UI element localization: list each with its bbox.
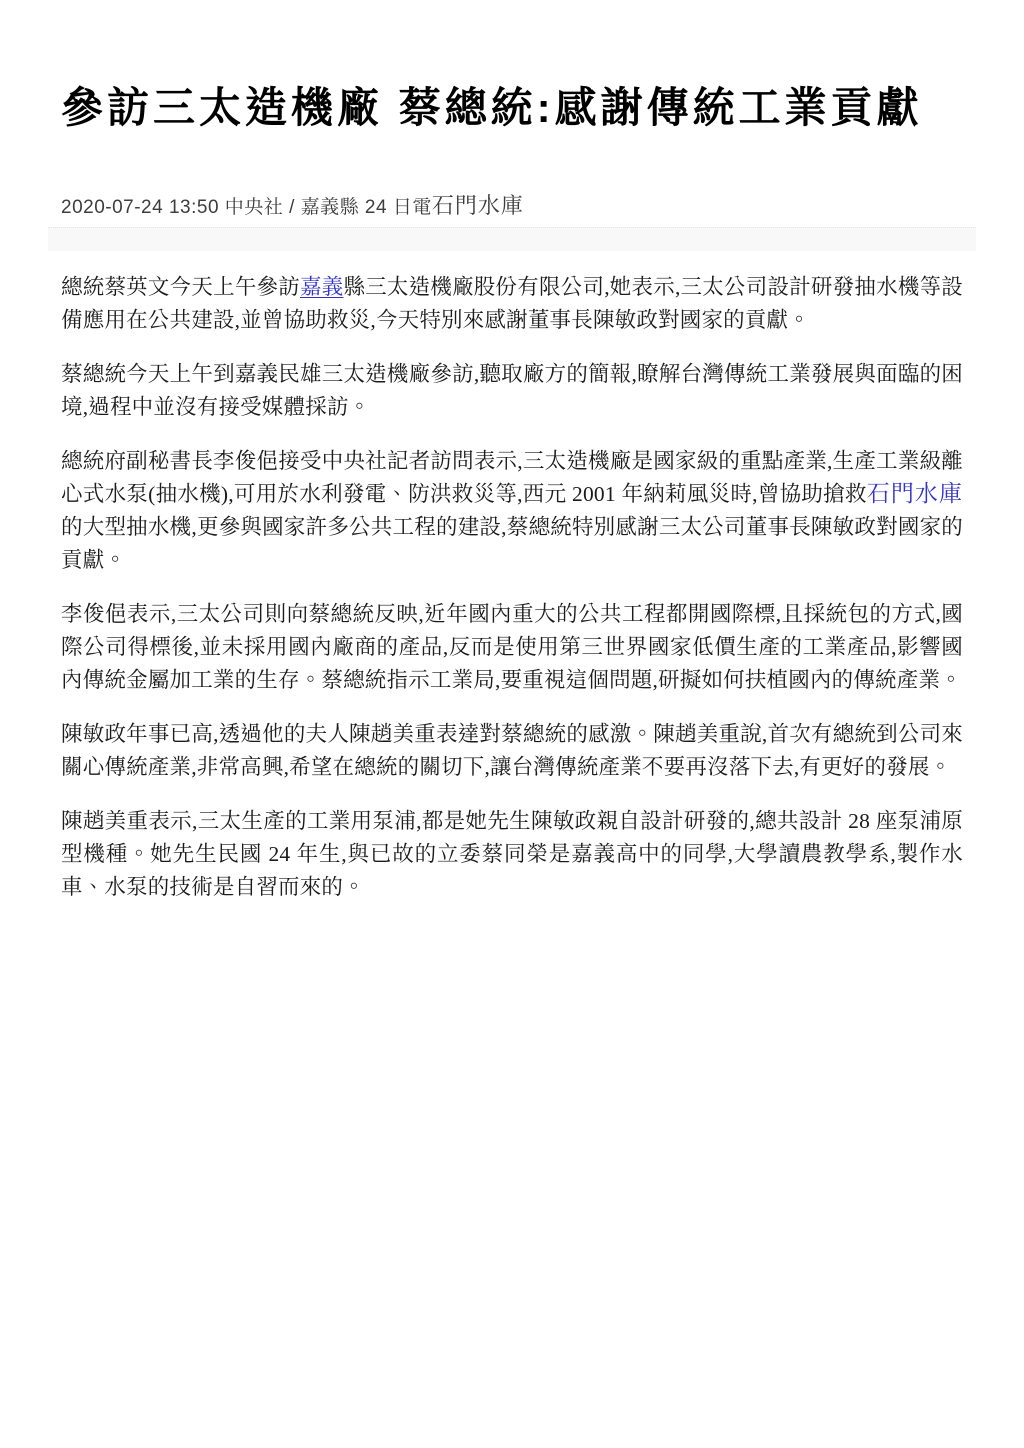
text-run: 總統蔡英文今天上午參訪 xyxy=(61,275,300,299)
paragraph: 陳敏政年事已高,透過他的夫人陳趙美重表達對蔡總統的感激。陳趙美重說,首次有總統到… xyxy=(61,718,963,784)
paragraph: 李俊俋表示,三太公司則向蔡總統反映,近年國內重大的公共工程都開國際標,且採統包的… xyxy=(61,598,963,697)
article-body: 總統蔡英文今天上午參訪嘉義縣三太造機廠股份有限公司,她表示,三太公司設計研發抽水… xyxy=(61,271,963,985)
dateline-text: 2020-07-24 13:50 中央社 / 嘉義縣 24 日電 xyxy=(61,197,432,218)
paragraph: 蔡總統今天上午到嘉義民雄三太造機廠參訪,聽取廠方的簡報,瞭解台灣傳統工業發展與面… xyxy=(61,358,963,424)
content-divider xyxy=(48,227,976,251)
text-run: 陳敏政年事已高,透過他的夫人陳趙美重表達對蔡總統的感激。陳趙美重說,首次有總統到… xyxy=(61,722,963,779)
text-run: 的大型抽水機,更參與國家許多公共工程的建設,蔡總統特別感謝三太公司董事長陳敏政對… xyxy=(61,515,963,572)
text-run: 蔡總統今天上午到嘉義民雄三太造機廠參訪,聽取廠方的簡報,瞭解台灣傳統工業發展與面… xyxy=(61,362,963,419)
dateline-location-suffix: 石門水庫 xyxy=(432,194,524,219)
article-page: 參訪三太造機廠 蔡總統:感謝傳統工業貢獻 2020-07-24 13:50 中央… xyxy=(0,0,1024,1448)
link-shihmen-reservoir[interactable]: 石門水庫 xyxy=(867,481,963,507)
text-run: 陳趙美重表示,三太生產的工業用泵浦,都是她先生陳敏政親自設計研發的,總共設計 2… xyxy=(61,809,963,899)
paragraph: 總統府副秘書長李俊俋接受中央社記者訪問表示,三太造機廠是國家級的重點產業,生產工… xyxy=(61,445,963,577)
link-chiayi[interactable]: 嘉義 xyxy=(300,275,343,299)
page-title: 參訪三太造機廠 蔡總統:感謝傳統工業貢獻 xyxy=(61,84,963,131)
paragraph: 總統蔡英文今天上午參訪嘉義縣三太造機廠股份有限公司,她表示,三太公司設計研發抽水… xyxy=(61,271,963,337)
text-run: 李俊俋表示,三太公司則向蔡總統反映,近年國內重大的公共工程都開國際標,且採統包的… xyxy=(61,602,963,692)
text-run: 總統府副秘書長李俊俋接受中央社記者訪問表示,三太造機廠是國家級的重點產業,生產工… xyxy=(61,449,963,506)
dateline: 2020-07-24 13:50 中央社 / 嘉義縣 24 日電石門水庫 xyxy=(61,193,963,222)
paragraph: 陳趙美重表示,三太生產的工業用泵浦,都是她先生陳敏政親自設計研發的,總共設計 2… xyxy=(61,805,963,904)
